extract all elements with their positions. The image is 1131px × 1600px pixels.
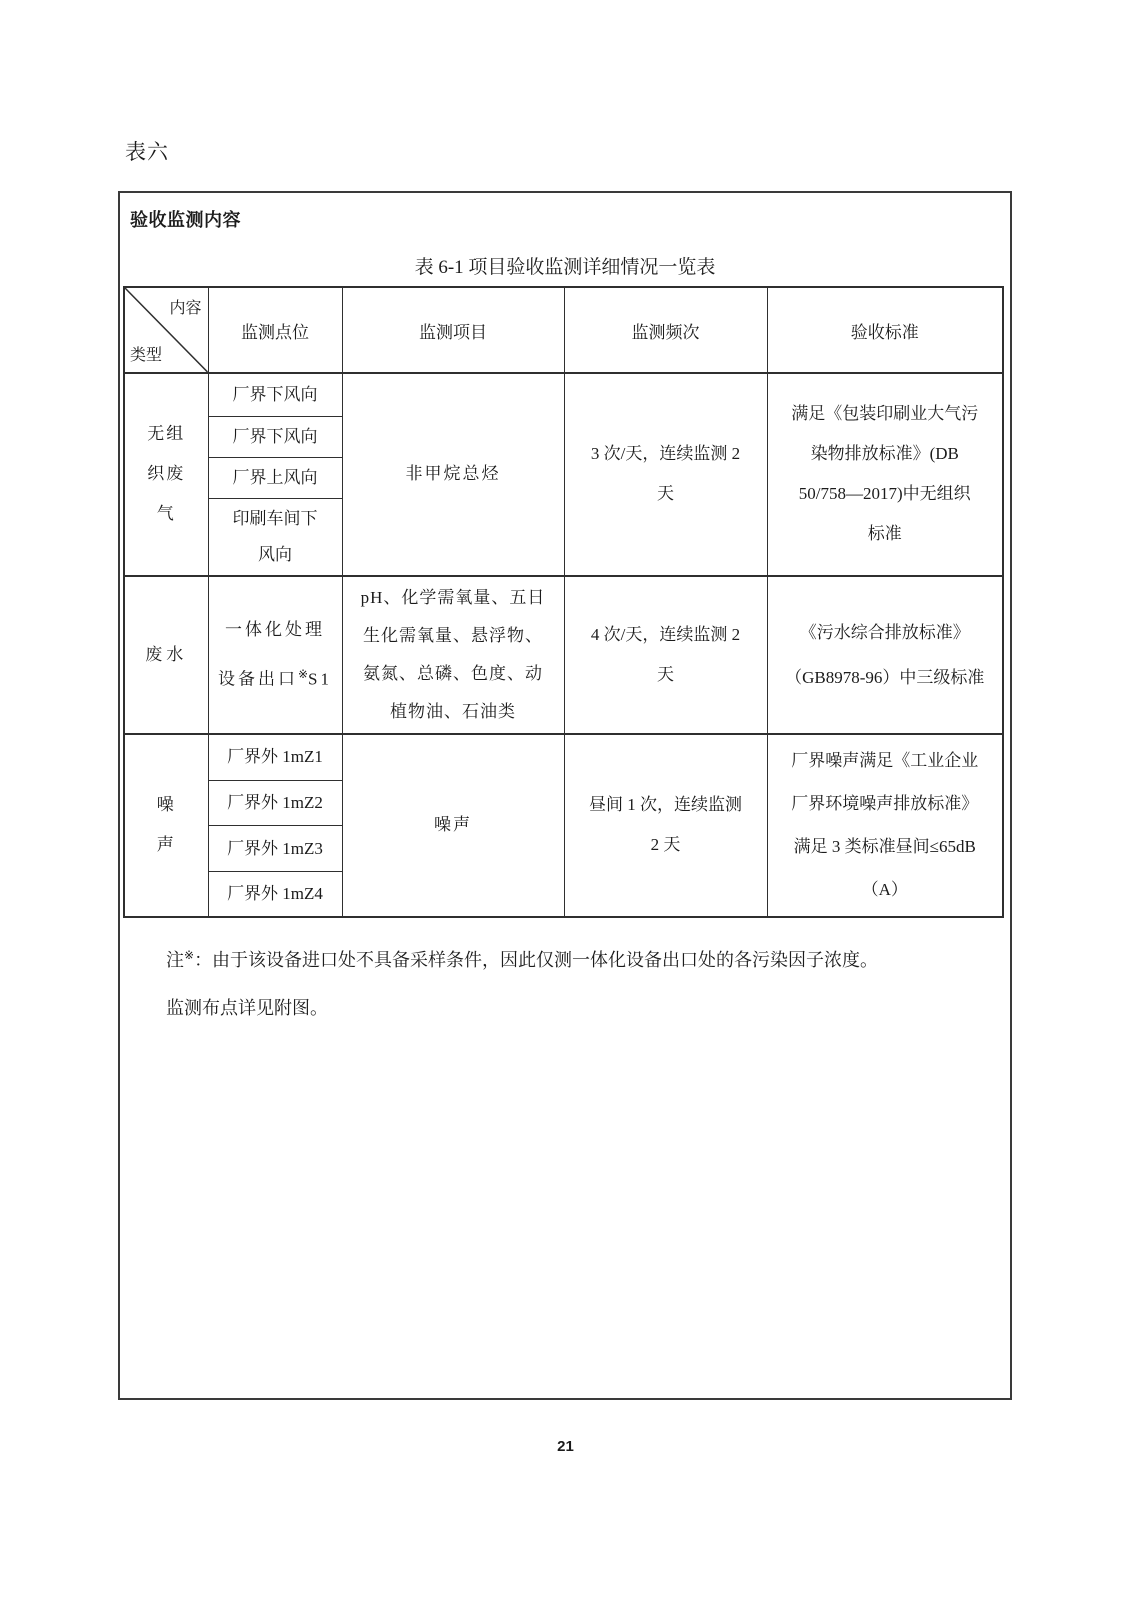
footnote: 注※：由于该设备进口处不具备采样条件，因此仅测一体化设备出口处的各污染因子浓度。 xyxy=(130,936,996,985)
category-cell-wastewater: 废水 xyxy=(124,576,208,734)
monitoring-table: 内容 类型 监测点位 监测项目 监测频次 验收标准 无组 织废 气 厂界下风向 … xyxy=(123,286,1004,918)
point-line1: 一体化处理 xyxy=(225,620,325,639)
point-line2: 设备出口 xyxy=(218,669,298,688)
footnote-body: ：由于该设备进口处不具备采样条件，因此仅测一体化设备出口处的各污染因子浓度。 xyxy=(194,950,878,970)
footnote-prefix: 注 xyxy=(166,950,184,970)
item-cell-wastewater: pH、化学需氧量、五日 生化需氧量、悬浮物、 氨氮、总磷、色度、动 植物油、石油… xyxy=(342,576,564,734)
attachment-note: 监测布点详见附图。 xyxy=(130,984,996,1033)
header-label-type: 类型 xyxy=(130,342,162,365)
standard-cell-gas: 满足《包装印刷业大气污 染物排放标准》(DB 50/758—2017)中无组织 … xyxy=(767,373,1003,576)
standard-cell-wastewater: 《污水综合排放标准》 （GB8978-96）中三级标准 xyxy=(767,576,1003,734)
header-label-content: 内容 xyxy=(169,295,201,318)
header-cell-acceptance-standard: 验收标准 xyxy=(767,287,1003,373)
point-cell: 厂界外 1mZ3 xyxy=(208,826,342,872)
point-cell: 厂界外 1mZ1 xyxy=(208,734,342,781)
header-cell-monitoring-item: 监测项目 xyxy=(342,287,564,373)
content-panel: 验收监测内容 表 6-1 项目验收监测详细情况一览表 内容 类型 监测点位 监测… xyxy=(118,191,1012,1400)
category-cell-gas: 无组 织废 气 xyxy=(124,373,208,576)
frequency-cell-wastewater: 4 次/天，连续监测 2 天 xyxy=(564,576,767,734)
point-cell-wastewater: 一体化处理设备出口※S1 xyxy=(208,576,342,734)
footnote-sup-mark: ※ xyxy=(184,948,194,962)
item-cell-noise: 噪声 xyxy=(342,734,564,917)
point-sup-mark: ※ xyxy=(298,667,308,681)
point-cell: 厂界上风向 xyxy=(208,457,342,498)
point-cell: 厂界下风向 xyxy=(208,373,342,416)
table-row: 废水 一体化处理设备出口※S1 pH、化学需氧量、五日 生化需氧量、悬浮物、 氨… xyxy=(124,576,1003,734)
section-title: 验收监测内容 xyxy=(130,206,1010,232)
point-cell: 厂界外 1mZ4 xyxy=(208,872,342,917)
page-number: 21 xyxy=(0,1438,1131,1455)
frequency-cell-noise: 昼间 1 次，连续监测 2 天 xyxy=(564,734,767,917)
standard-cell-noise: 厂界噪声满足《工业企业 厂界环境噪声排放标准》 满足 3 类标准昼间≤65dB … xyxy=(767,734,1003,917)
table-header-row: 内容 类型 监测点位 监测项目 监测频次 验收标准 xyxy=(124,287,1003,373)
table-row: 无组 织废 气 厂界下风向 非甲烷总烃 3 次/天，连续监测 2 天 满足《包装… xyxy=(124,373,1003,416)
point-cell: 厂界下风向 xyxy=(208,416,342,457)
header-cell-monitoring-frequency: 监测频次 xyxy=(564,287,767,373)
point-code: S1 xyxy=(308,669,332,688)
page-top-label: 表六 xyxy=(125,136,169,166)
table-title: 表 6-1 项目验收监测详细情况一览表 xyxy=(120,252,1010,279)
frequency-cell-gas: 3 次/天，连续监测 2 天 xyxy=(564,373,767,576)
table-row: 噪 声 厂界外 1mZ1 噪声 昼间 1 次，连续监测 2 天 厂界噪声满足《工… xyxy=(124,734,1003,781)
item-cell-gas: 非甲烷总烃 xyxy=(342,373,564,576)
point-cell: 印刷车间下 风向 xyxy=(208,498,342,576)
category-cell-noise: 噪 声 xyxy=(124,734,208,917)
header-cell-monitoring-point: 监测点位 xyxy=(208,287,342,373)
header-cell-type-content: 内容 类型 xyxy=(124,287,208,373)
point-cell: 厂界外 1mZ2 xyxy=(208,781,342,826)
